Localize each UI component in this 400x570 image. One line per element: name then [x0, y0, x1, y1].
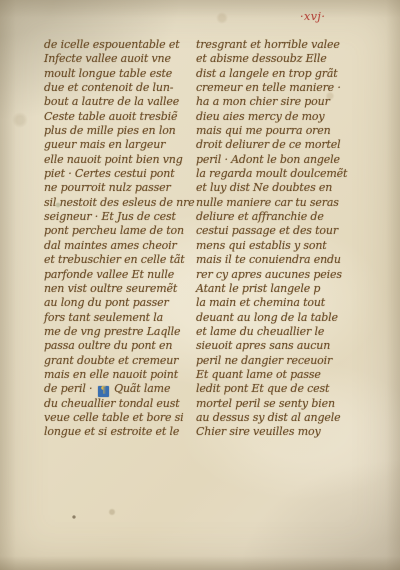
- text-line: fors tant seulement la: [44, 311, 194, 325]
- text-line: dal maintes ames cheoir: [44, 239, 194, 253]
- text-line: dist a langele en trop grãt: [196, 67, 352, 81]
- text-line: ne pourroit nulz passer: [44, 181, 194, 195]
- text-line: peril ne dangier receuoir: [196, 354, 352, 368]
- text-line: et trebuschier en celle tãt: [44, 253, 194, 267]
- text-line: mais qui me pourra oren: [196, 124, 352, 138]
- text-line: bout a lautre de la vallee: [44, 95, 194, 109]
- text-line: la regarda moult doulcemẽt: [196, 167, 352, 181]
- text-line: Et quant lame ot passe: [196, 368, 352, 382]
- text-line: mens qui establis y sont: [196, 239, 352, 253]
- text-line: mais il te conuiendra endu: [196, 253, 352, 267]
- text-line: veue celle table et bore si: [44, 411, 194, 425]
- text-line: et abisme dessoubz Elle: [196, 52, 352, 66]
- folio-number: ·xvj·: [300, 11, 325, 23]
- text-line: passa oultre du pont en: [44, 339, 194, 353]
- text-line: peril · Adont le bon angele: [196, 153, 352, 167]
- text-line: ledit pont Et que de cest: [196, 382, 352, 396]
- text-line: grant doubte et cremeur: [44, 354, 194, 368]
- text-line: deliure et affranchie de: [196, 210, 352, 224]
- text-line: elle nauoit point bien vng: [44, 153, 194, 167]
- text-line: Infecte vallee auoit vne: [44, 52, 194, 66]
- text-line: Atant le prist langele p: [196, 282, 352, 296]
- text-line: droit deliurer de ce mortel: [196, 138, 352, 152]
- text-line: et lame du cheuallier le: [196, 325, 352, 339]
- text-column-left: de icelle espouentable etInfecte vallee …: [44, 38, 194, 440]
- text-line: longue et si estroite et le: [44, 425, 194, 439]
- text-line: de icelle espouentable et: [44, 38, 194, 52]
- text-line: tresgrant et horrible valee: [196, 38, 352, 52]
- text-line: ha a mon chier sire pour: [196, 95, 352, 109]
- text-line: nen vist oultre seuremẽt: [44, 282, 194, 296]
- text-line: moult longue table este: [44, 67, 194, 81]
- text-line: parfonde vallee Et nulle: [44, 268, 194, 282]
- manuscript-page: ·xvj· de icelle espouentable etInfecte v…: [0, 0, 400, 570]
- illuminated-paragraph-mark: ¶: [98, 386, 109, 397]
- text-line: deuant au long de la table: [196, 311, 352, 325]
- text-line: Chier sire veuilles moy: [196, 425, 352, 439]
- text-column-right: tresgrant et horrible valeeet abisme des…: [196, 38, 352, 440]
- text-line: rer cy apres aucunes peies: [196, 268, 352, 282]
- text-line: mortel peril se senty bien: [196, 397, 352, 411]
- text-line: du cheuallier tondal eust: [44, 397, 194, 411]
- text-line: plus de mille pies en lon: [44, 124, 194, 138]
- text-line: Ceste table auoit tresbiẽ: [44, 110, 194, 124]
- text-line: mais en elle nauoit point: [44, 368, 194, 382]
- text-line: nulle maniere car tu seras: [196, 196, 352, 210]
- text-line: seigneur · Et Jus de cest: [44, 210, 194, 224]
- text-line: cestui passage et des tour: [196, 224, 352, 238]
- text-line: me de vng prestre Laqlle: [44, 325, 194, 339]
- text-line: sieuoit apres sans aucun: [196, 339, 352, 353]
- text-line: dieu aies mercy de moy: [196, 110, 352, 124]
- text-line: et luy dist Ne doubtes en: [196, 181, 352, 195]
- text-line: cremeur en telle maniere ·: [196, 81, 352, 95]
- text-line: piet · Certes cestui pont: [44, 167, 194, 181]
- text-line: au long du pont passer: [44, 296, 194, 310]
- text-line: la main et chemina tout: [196, 296, 352, 310]
- text-line: gueur mais en largeur: [44, 138, 194, 152]
- text-line: de peril · ¶ Quãt lame: [44, 382, 194, 396]
- text-line: sil nestoit des esleus de nre: [44, 196, 194, 210]
- text-line: pont percheu lame de ton: [44, 224, 194, 238]
- text-line: au dessus sy dist al angele: [196, 411, 352, 425]
- text-line: due et contenoit de lun-: [44, 81, 194, 95]
